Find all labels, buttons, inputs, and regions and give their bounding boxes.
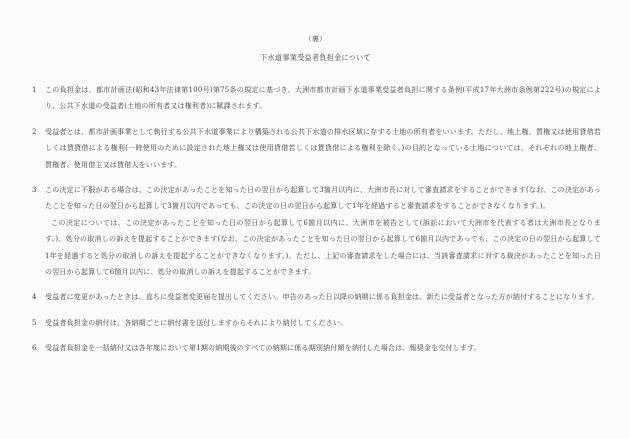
paragraph-1: 1 この負担金は、都市計画法(昭和43年法律第100号)第75条の規定に基づき、… [30,82,601,115]
paragraph-5: 5 受益者負担金の納付は、各納期ごとに納付書を送付しますからそれにより納付してく… [30,315,601,331]
document-body: 1 この負担金は、都市計画法(昭和43年法律第100号)第75条の規定に基づき、… [30,82,601,357]
paragraph-2-text: 受益者とは、都市計画事業として執行する公共下水道事業により構築される公共下水道の… [45,124,601,173]
document-page: （裏） 下水道事業受益者負担金について 1 この負担金は、都市計画法(昭和43年… [0,0,630,439]
paragraph-3-number: 3 [32,182,44,198]
paragraph-2-number: 2 [32,124,44,140]
page-side-label: （裏） [30,32,601,46]
paragraph-6-number: 6 [32,340,44,356]
paragraph-6: 6 受益者負担金を一括納付又は各年度において第1期の納期後のすべての納期に係る期… [30,340,601,356]
paragraph-4: 4 受益者に変更があったときは、直ちに受益者変更届を提出してください。申告のあっ… [30,289,601,305]
paragraph-6-text: 受益者負担金を一括納付又は各年度において第1期の納期後のすべての納期に係る期別納… [45,340,601,356]
paragraph-3: 3 この決定に不服がある場合は、この決定があったことを知った日の翌日から起算して… [30,182,601,280]
paragraph-3-text: この決定に不服がある場合は、この決定があったことを知った日の翌日から起算して3箇… [45,182,601,215]
paragraph-5-text: 受益者負担金の納付は、各納期ごとに納付書を送付しますからそれにより納付してくださ… [45,315,601,331]
paragraph-5-number: 5 [32,315,44,331]
paragraph-1-text: この負担金は、都市計画法(昭和43年法律第100号)第75条の規定に基づき、大洲… [45,82,601,115]
paragraph-4-text: 受益者に変更があったときは、直ちに受益者変更届を提出してください。申告のあった日… [45,289,601,305]
paragraph-3-text-continued: この決定については、この決定があったことを知った日の翌日から起算して6箇月以内に… [45,215,601,281]
paragraph-1-number: 1 [32,82,44,98]
paragraph-4-number: 4 [32,289,44,305]
document-title: 下水道事業受益者負担金について [30,51,601,65]
paragraph-2: 2 受益者とは、都市計画事業として執行する公共下水道事業により構築される公共下水… [30,124,601,173]
